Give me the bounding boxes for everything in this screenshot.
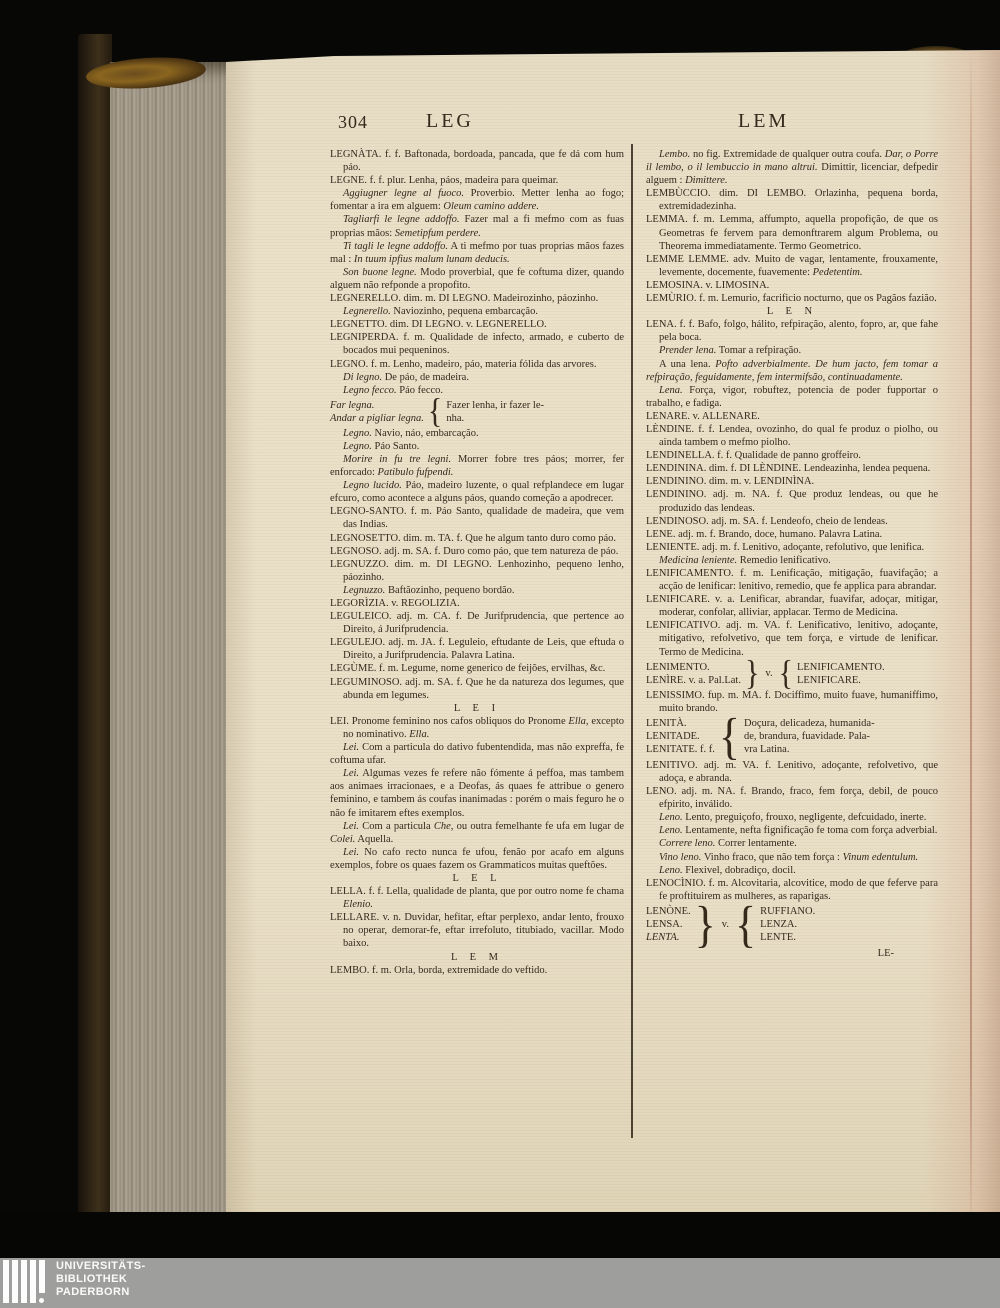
dictionary-entry: LENISSIMO. fup. m. MA. f. Dociffimo, mui… bbox=[646, 689, 938, 715]
dictionary-entry: LELLA. f. f. Lella, qualidade de planta,… bbox=[330, 885, 624, 911]
dictionary-entry: LENITIVO. adj. m. VA. f. Lenitivo, adoça… bbox=[646, 759, 938, 785]
dictionary-entry: LEGÙME. f. m. Legume, nome generico de f… bbox=[330, 662, 624, 675]
brace-glyph: { bbox=[719, 712, 740, 763]
brace-stack: Fazer lenha, ir fazer le-nha. bbox=[446, 399, 544, 425]
logo-bar bbox=[21, 1260, 27, 1303]
dictionary-entry: LENARE. v. ALLENARE. bbox=[646, 410, 938, 423]
dictionary-entry: LENIFICAMENTO. f. m. Lenificação, mitiga… bbox=[646, 567, 938, 593]
brace-stack-line: vra Latina. bbox=[744, 743, 875, 756]
dictionary-entry: LEMBÙCCIO. dim. DI LEMBO. Orlazinha, peq… bbox=[646, 187, 938, 213]
logo-bar bbox=[12, 1260, 18, 1303]
brace-cross-reference-group: LENIMENTO.LENÌRE. v. a. Pal.Lat.}v.{LENI… bbox=[646, 659, 938, 689]
sub-entry: Leno. Flexivel, dobradiço, docil. bbox=[646, 864, 938, 877]
sub-entry: A una lena. Pofto adverbialmente. De hum… bbox=[646, 358, 938, 384]
page-gutter-crease bbox=[970, 50, 972, 1242]
brace-stack-line: LENÌRE. v. a. Pal.Lat. bbox=[646, 674, 741, 687]
dictionary-entry: LENOCÌNIO. f. m. Alcovitaria, alcovitice… bbox=[646, 877, 938, 903]
section-heading: L E I bbox=[330, 702, 624, 715]
dictionary-entry: LEGULEICO. adj. m. CA. f. De Jurifpruden… bbox=[330, 610, 624, 636]
library-logo-icon bbox=[3, 1260, 49, 1306]
brace-stack-line: LENIFICARE. bbox=[797, 674, 885, 687]
brace-glyph: { bbox=[428, 395, 442, 430]
brace-stack-line: de, brandura, fuavidade. Pala- bbox=[744, 730, 875, 743]
brace-stack-line: LENZA. bbox=[760, 918, 815, 931]
brace-stack-line: LENTA. bbox=[646, 931, 691, 944]
sub-entry: Morire in fu tre legni. Morrer fobre tre… bbox=[330, 453, 624, 479]
book-spine bbox=[78, 34, 112, 1292]
logo-bar bbox=[39, 1260, 45, 1293]
dictionary-entry: LENDINOSO. adj. m. SA. f. Lendeofo, chei… bbox=[646, 515, 938, 528]
brace-stack-line: RUFFIANO. bbox=[760, 905, 815, 918]
sub-entry: Aggiugner legne al fuoco. Proverbio. Met… bbox=[330, 187, 624, 213]
brace-stack-line: Fazer lenha, ir fazer le- bbox=[446, 399, 544, 412]
brace-stack-line: LENITATE. f. f. bbox=[646, 743, 715, 756]
sub-entry: Correre leno. Correr lentamente. bbox=[646, 837, 938, 850]
left-column: LEGNÀTA. f. f. Baftonada, bordoada, panc… bbox=[330, 148, 624, 977]
dictionary-entry: LENDININO. adj. m. NA. f. Que produz len… bbox=[646, 488, 938, 514]
brace-stack-line: LENITÀ. bbox=[646, 717, 715, 730]
dictionary-entry: LEMMA. f. m. Lemma, affumpto, aquella pr… bbox=[646, 213, 938, 252]
dictionary-entry: LENDINELLA. f. f. Qualidade de panno gro… bbox=[646, 449, 938, 462]
right-column: Lembo. no fig. Extremidade de qualquer o… bbox=[646, 148, 938, 960]
dictionary-entry: LEGULEJO. adj. m. JA. f. Leguleio, eftud… bbox=[330, 636, 624, 662]
brace-stack: LENÒNE.LENSA. LENTA. bbox=[646, 905, 691, 944]
brace-see-label: v. bbox=[765, 667, 772, 680]
sub-entry: Lena. Força, vigor, robuftez, potencia d… bbox=[646, 384, 938, 410]
dictionary-entry: LEMOSINA. v. LIMOSINA. bbox=[646, 279, 938, 292]
dictionary-entry: LENE. adj. m. f. Brando, doce, humano. P… bbox=[646, 528, 938, 541]
brace-stack-line: LENÒNE. bbox=[646, 905, 691, 918]
dictionary-entry: LEMBO. f. m. Orla, borda, extremidade do… bbox=[330, 964, 624, 977]
brace-stack-line: nha. bbox=[446, 412, 544, 425]
dictionary-entry: LENIFICATIVO. adj. m. VA. f. Lenificativ… bbox=[646, 619, 938, 658]
column-divider bbox=[631, 144, 633, 1138]
brace-stack: LENITÀ.LENITADE.LENITATE. f. f. bbox=[646, 717, 715, 756]
book-page: 304 LEG LEM LEGNÀTA. f. f. Baftonada, bo… bbox=[226, 50, 1000, 1242]
page-number: 304 bbox=[338, 112, 368, 133]
brace-stack-line: LENIFICAMENTO. bbox=[797, 661, 885, 674]
brace-glyph: { bbox=[735, 900, 756, 951]
sub-entry: Legno. Navio, náo, embarcação. bbox=[330, 427, 624, 440]
sub-entry: Tagliarfi le legne addoffo. Fazer mal a … bbox=[330, 213, 624, 239]
dictionary-entry: LEGNOSO. adj. m. SA. f. Duro como páo, q… bbox=[330, 545, 624, 558]
library-name-line: PADERBORN bbox=[56, 1286, 146, 1299]
dictionary-entry: LEGORÌZIA. v. REGOLIZIA. bbox=[330, 597, 624, 610]
brace-stack: Doçura, delicadeza, humanida-de, brandur… bbox=[744, 717, 875, 756]
dictionary-entry: LÈNDINE. f. f. Lendea, ovozinho, do qual… bbox=[646, 423, 938, 449]
dictionary-entry: LELLARE. v. n. Duvidar, hefitar, eftar p… bbox=[330, 911, 624, 950]
dictionary-entry: LENDININA. dim. f. DI LÈNDINE. Lendeazin… bbox=[646, 462, 938, 475]
sub-entry: Legnuzzo. Baftãozinho, pequeno bordão. bbox=[330, 584, 624, 597]
running-title-left: LEG bbox=[426, 110, 474, 133]
brace-glyph: } bbox=[745, 656, 759, 691]
dictionary-entry: LEGNÀTA. f. f. Baftonada, bordoada, panc… bbox=[330, 148, 624, 174]
library-name: UNIVERSITÄTS- BIBLIOTHEK PADERBORN bbox=[56, 1260, 146, 1299]
brace-stack: Far legna.Andar a pigliar legna. bbox=[330, 399, 424, 425]
dictionary-entry: LENIFICARE. v. a. Lenificar, abrandar, f… bbox=[646, 593, 938, 619]
dictionary-entry: LEGNO-SANTO. f. m. Páo Santo, qualidade … bbox=[330, 505, 624, 531]
brace-stack-line: LENITADE. bbox=[646, 730, 715, 743]
brace-stack: LENIMENTO.LENÌRE. v. a. Pal.Lat. bbox=[646, 661, 741, 687]
sub-entry: Legno lucido. Páo, madeiro luzente, o qu… bbox=[330, 479, 624, 505]
dictionary-entry: LEGNO. f. m. Lenho, madeiro, páo, materi… bbox=[330, 358, 624, 371]
sub-entry: Legnerello. Naviozinho, pequena embarcaç… bbox=[330, 305, 624, 318]
sub-entry: Leno. Lento, preguiçofo, frouxo, neglige… bbox=[646, 811, 938, 824]
brace-group: LENITÀ.LENITADE.LENITATE. f. f.{Doçura, … bbox=[646, 715, 938, 759]
sub-entry: Legno. Páo Santo. bbox=[330, 440, 624, 453]
dictionary-entry: LEI. Pronome feminino nos cafos obliquos… bbox=[330, 715, 624, 741]
library-name-line: BIBLIOTHEK bbox=[56, 1273, 146, 1286]
footer-black-band bbox=[0, 1212, 1000, 1258]
sub-entry: Lei. Com a particula Che, ou outra femel… bbox=[330, 820, 624, 846]
brace-stack-line: LENIMENTO. bbox=[646, 661, 741, 674]
section-heading: L E M bbox=[330, 951, 624, 964]
brace-stack-line: Doçura, delicadeza, humanida- bbox=[744, 717, 875, 730]
sub-entry: Lei. Com a particula do dativo fubentend… bbox=[330, 741, 624, 767]
brace-cross-reference-group: LENÒNE.LENSA. LENTA.}v.{RUFFIANO.LENZA.L… bbox=[646, 903, 938, 947]
brace-stack: RUFFIANO.LENZA.LENTE. bbox=[760, 905, 815, 944]
library-footer-bar: UNIVERSITÄTS- BIBLIOTHEK PADERBORN bbox=[0, 1258, 1000, 1308]
scan-background: 304 LEG LEM LEGNÀTA. f. f. Baftonada, bo… bbox=[0, 0, 1000, 1308]
sub-entry: Lei. No cafo recto nunca fe ufou, fenão … bbox=[330, 846, 624, 872]
brace-stack: LENIFICAMENTO.LENIFICARE. bbox=[797, 661, 885, 687]
logo-bar bbox=[3, 1260, 9, 1303]
dictionary-entry: LEGNUZZO. dim. m. DI LEGNO. Lenhozinho, … bbox=[330, 558, 624, 584]
dictionary-entry: LEGNIPERDA. f. m. Qualidade de infecto, … bbox=[330, 331, 624, 357]
dictionary-entry: LENO. adj. m. NA. f. Brando, fraco, fem … bbox=[646, 785, 938, 811]
brace-group: Far legna.Andar a pigliar legna.{Fazer l… bbox=[330, 397, 624, 427]
running-title-right: LEM bbox=[738, 110, 789, 133]
dictionary-entry: LENA. f. f. Bafo, folgo, hálito, refpira… bbox=[646, 318, 938, 344]
dictionary-entry: LEGUMINOSO. adj. m. SA. f. Que he da nat… bbox=[330, 676, 624, 702]
sub-entry: Medicina leniente. Remedio lenificativo. bbox=[646, 554, 938, 567]
sub-entry: Legno fecco. Páo fecco. bbox=[330, 384, 624, 397]
sub-entry: Ti tagli le legne addoffo. A ti mefmo po… bbox=[330, 240, 624, 266]
dictionary-entry: LEGNOSETTO. dim. m. TA. f. Que he algum … bbox=[330, 532, 624, 545]
sub-entry: Vino leno. Vinho fraco, que não tem forç… bbox=[646, 851, 938, 864]
dictionary-entry: LEGNE. f. f. plur. Lenha, páos, madeira … bbox=[330, 174, 624, 187]
dictionary-entry: LEMÙRIO. f. m. Lemurio, facrificio noctu… bbox=[646, 292, 938, 305]
book-page-edges bbox=[110, 62, 228, 1288]
dictionary-entry: LEGNERELLO. dim. m. DI LEGNO. Madeirozin… bbox=[330, 292, 624, 305]
brace-stack-line: LENTE. bbox=[760, 931, 815, 944]
brace-glyph: } bbox=[695, 900, 716, 951]
dictionary-entry: LENDININO. dim. m. v. LENDINÌNA. bbox=[646, 475, 938, 488]
section-heading: L E N bbox=[646, 305, 938, 318]
catchword: LE- bbox=[646, 947, 938, 960]
brace-stack-line: Far legna. bbox=[330, 399, 424, 412]
dictionary-entry: LEMME LEMME. adv. Muito de vagar, lentam… bbox=[646, 253, 938, 279]
sub-entry: Prender lena. Tomar a refpiração. bbox=[646, 344, 938, 357]
brace-glyph: { bbox=[779, 656, 793, 691]
brace-stack-line: Andar a pigliar legna. bbox=[330, 412, 424, 425]
dictionary-entry: LEGNETTO. dim. DI LEGNO. v. LEGNERELLO. bbox=[330, 318, 624, 331]
sub-entry: Lembo. no fig. Extremidade de qualquer o… bbox=[646, 148, 938, 187]
logo-bar bbox=[30, 1260, 36, 1303]
sub-entry: Son buone legne. Modo proverbial, que fe… bbox=[330, 266, 624, 292]
library-name-line: UNIVERSITÄTS- bbox=[56, 1260, 146, 1273]
sub-entry: Lei. Algumas vezes fe refere não fómente… bbox=[330, 767, 624, 819]
sub-entry: Di legno. De páo, de madeira. bbox=[330, 371, 624, 384]
dictionary-entry: LENIENTE. adj. m. f. Lenitivo, adoçante,… bbox=[646, 541, 938, 554]
section-heading: L E L bbox=[330, 872, 624, 885]
brace-see-label: v. bbox=[722, 918, 729, 931]
sub-entry: Leno. Lentamente, nefta fignificação fe … bbox=[646, 824, 938, 837]
brace-stack-line: LENSA. bbox=[646, 918, 691, 931]
logo-dot bbox=[39, 1298, 44, 1303]
